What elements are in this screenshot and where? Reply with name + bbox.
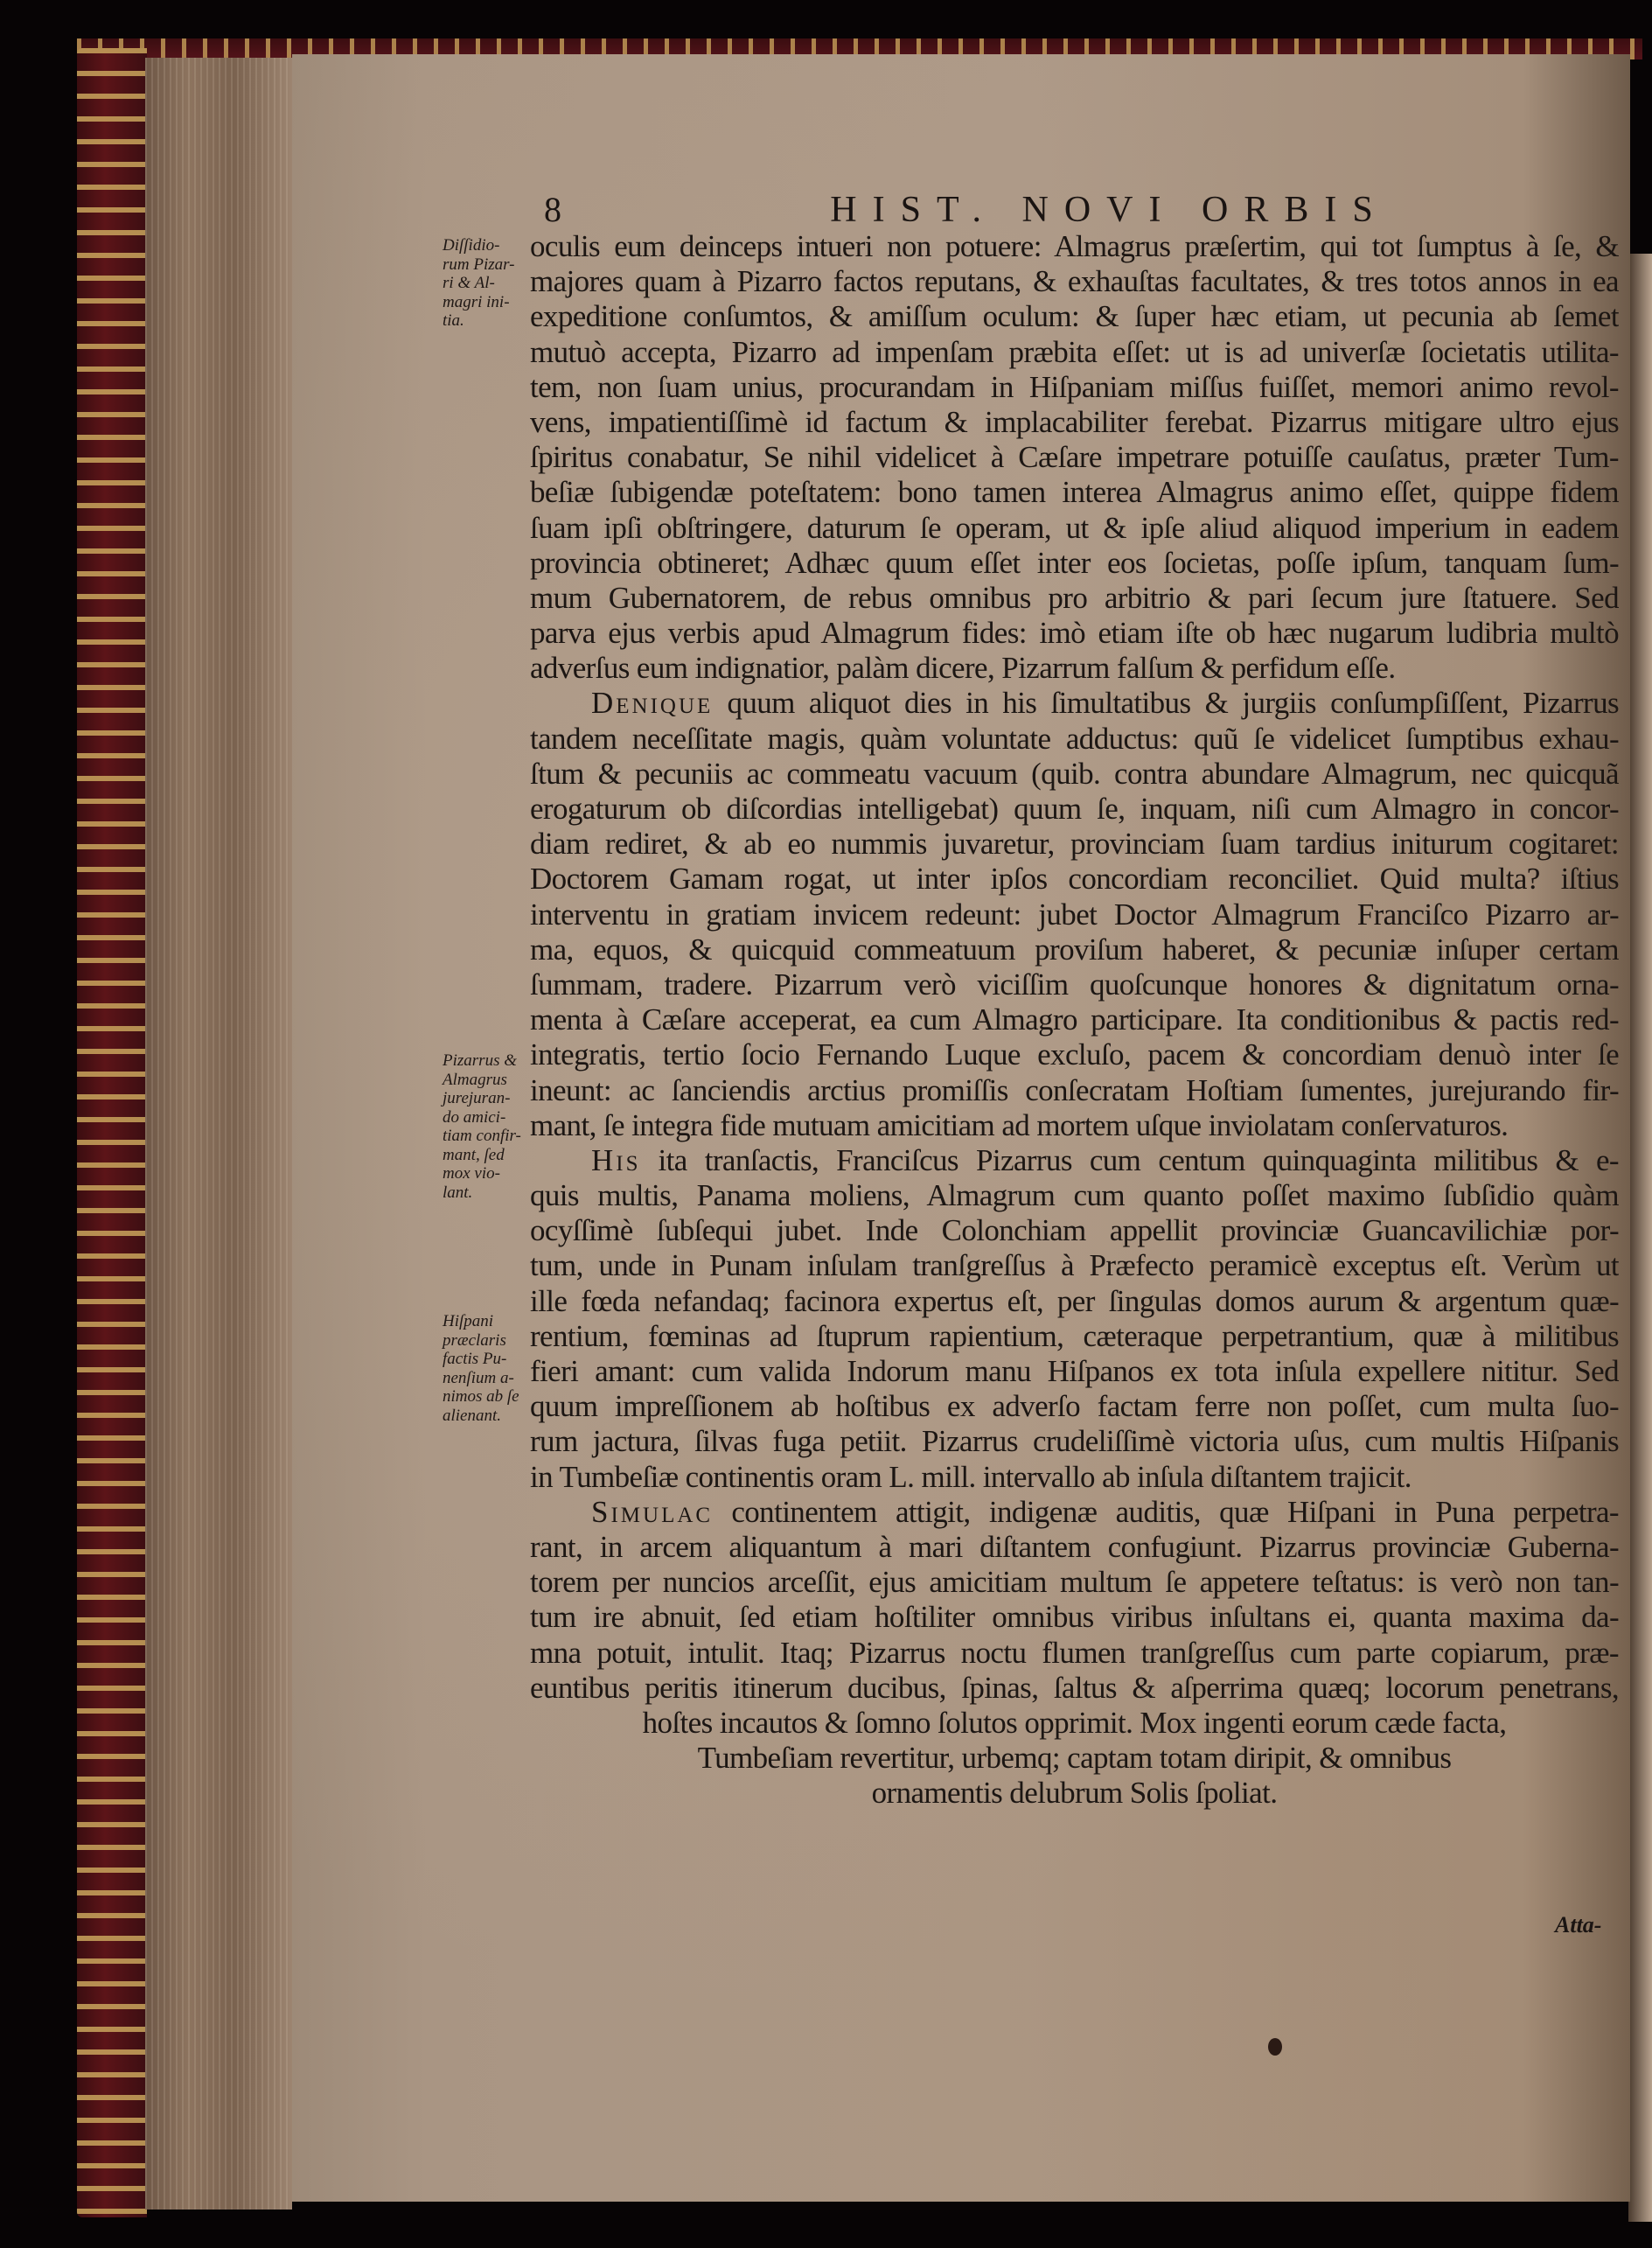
paragraph-opening-word: Denique (591, 686, 713, 720)
text-line: ille fœda nefandaq; facinora expertus eſ… (530, 1284, 1619, 1319)
text-line: torem per nuncios arceſſit, ejus amiciti… (530, 1565, 1619, 1600)
text-line: mna potuit, intulit. Itaq; Pizarrus noct… (530, 1636, 1619, 1671)
paragraph-opening-line: His ita tranſactis, Franciſcus Pizarrus … (530, 1143, 1619, 1178)
paragraph-opening-word: Simulac (591, 1495, 713, 1529)
text-line: mant, ſe integra fide mutuam amicitiam a… (530, 1108, 1619, 1143)
text-line: euntibus peritis itinerum ducibus, ſpina… (530, 1671, 1619, 1706)
text-line: diam rediret, & ab eo nummis juvaretur, … (530, 827, 1619, 862)
text-line: expeditione conſumtos, & amiſſum oculum:… (530, 299, 1619, 334)
text-line: erogaturum ob diſcordias intelligebat) q… (530, 792, 1619, 827)
ink-spot (1268, 2038, 1282, 2056)
binding-spine-edge (77, 48, 147, 2217)
margin-note-3: Hiſpani præclaris factis Pu- nenſium a- … (443, 1312, 533, 1425)
closing-line: Tumbeſiam revertitur, urbemq; captam tot… (530, 1741, 1619, 1776)
text-line: adverſus eum indignatior, palàm dicere, … (530, 651, 1619, 686)
text-line: rum jactura, ſilvas fuga petiit. Pizarru… (530, 1424, 1619, 1459)
text-line: Doctorem Gamam rogat, ut inter ipſos con… (530, 862, 1619, 897)
catchword: Atta- (1555, 1912, 1601, 1938)
text-line: tem, non ſuam unius, procurandam in Hiſp… (530, 370, 1619, 405)
margin-note-1: Diſſidio- rum Pizar- ri & Al- magri ini-… (443, 236, 533, 331)
text-line: mum Gubernatorem, de rebus omnibus pro a… (530, 581, 1619, 616)
text-line: ocyſſimè ſubſequi jubet. Inde Colonchiam… (530, 1213, 1619, 1248)
text-line: ma, equos, & quicquid commeatuum proviſu… (530, 932, 1619, 967)
text-line: beſiæ ſubigendæ poteſtatem: bono tamen i… (530, 475, 1619, 510)
facing-page-edge (1628, 254, 1652, 2222)
text-line: ſummam, tradere. Pizarrum verò viciſſim … (530, 967, 1619, 1002)
paragraph-opening-line: Denique quum aliquot dies in his ſimulta… (530, 686, 1619, 721)
text-line: ſuam ipſi obſtringere, daturum ſe operam… (530, 511, 1619, 546)
running-head: 8 HIST. NOVI ORBIS (530, 189, 1619, 233)
paragraph-opening-line: Simulac continentem attigit, indigenæ au… (530, 1495, 1619, 1530)
body-text: oculis eum deinceps intueri non potuere:… (530, 229, 1619, 1811)
text-line: ineunt: ac ſanciendis arctius promiſſis … (530, 1073, 1619, 1108)
text-line: fieri amant: cum valida Indorum manu Hiſ… (530, 1354, 1619, 1389)
text-line: ſtum & pecuniis ac commeatu vacuum (quib… (530, 757, 1619, 792)
text-line: oculis eum deinceps intueri non potuere:… (530, 229, 1619, 264)
text-line: menta à Cæſare acceperat, ea cum Almagro… (530, 1002, 1619, 1037)
closing-line: hoſtes incautos & ſomno ſolutos opprimit… (530, 1706, 1619, 1741)
text-line: in Tumbeſiæ continentis oram L. mill. in… (530, 1460, 1619, 1495)
text-line: mutuò accepta, Pizarro ad impenſam præbi… (530, 335, 1619, 370)
page-fore-edge (145, 58, 292, 2210)
text-line: integratis, tertio ſocio Fernando Luque … (530, 1037, 1619, 1072)
text-line: provincia obtineret; Adhæc quum eſſet in… (530, 546, 1619, 581)
text-line: quum impreſſionem ab hoſtibus ex adverſo… (530, 1389, 1619, 1424)
text-line: tandem neceſſitate magis, quàm voluntate… (530, 722, 1619, 757)
margin-note-2: Pizarrus & Almagrus jurejuran- do amici-… (443, 1051, 533, 1202)
text-line: vens, impatientiſſimè id factum & implac… (530, 405, 1619, 440)
text-line: quis multis, Panama moliens, Almagrum cu… (530, 1178, 1619, 1213)
paragraph-opening-word: His (591, 1143, 641, 1177)
text-line: rant, in arcem aliquantum à mari diſtant… (530, 1530, 1619, 1565)
text-line: majores quam à Pizarro factos reputans, … (530, 264, 1619, 299)
text-line: interventu in gratiam invicem redeunt: j… (530, 897, 1619, 932)
text-line: ſpiritus conabatur, Se nihil videlicet à… (530, 440, 1619, 475)
closing-line: ornamentis delubrum Solis ſpoliat. (530, 1776, 1619, 1811)
text-line: parva ejus verbis apud Almagrum fides: i… (530, 616, 1619, 651)
text-line: tum ire abnuit, ſed etiam hoſtiliter omn… (530, 1600, 1619, 1635)
running-title: HIST. NOVI ORBIS (530, 189, 1619, 231)
text-line: rentium, fœminas ad ſtuprum rapientium, … (530, 1319, 1619, 1354)
text-line: tum, unde in Punam inſulam tranſgreſſus … (530, 1248, 1619, 1283)
